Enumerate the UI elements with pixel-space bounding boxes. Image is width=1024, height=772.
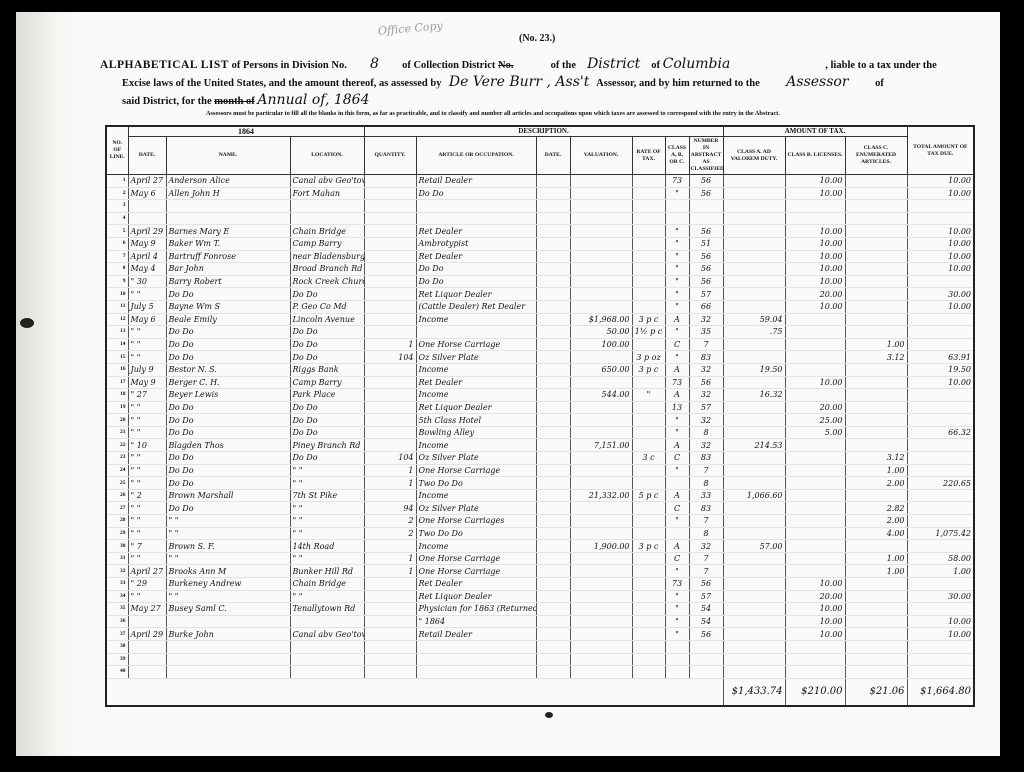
class-a-amount	[723, 250, 785, 263]
quantity: 2	[364, 527, 416, 540]
rate-of-tax	[632, 439, 665, 452]
tax-class: "	[665, 565, 689, 578]
table-row: 35May 27Busey Saml C.Tenallytown RdPhysi…	[106, 603, 974, 616]
valuation	[570, 464, 632, 477]
person-name: Do Do	[166, 288, 290, 301]
total-tax-due: 220.65	[907, 477, 974, 490]
tax-class: "	[665, 426, 689, 439]
rate-of-tax: 3 p oz	[632, 351, 665, 364]
line-number: 11	[106, 300, 128, 313]
entry-date: " "	[128, 326, 166, 339]
collection-district-struck: No.	[498, 60, 548, 71]
tax-class: "	[665, 250, 689, 263]
class-b-amount: 10.00	[785, 275, 845, 288]
entry-date	[128, 666, 166, 679]
total-tax-due: 63.91	[907, 351, 974, 364]
table-row: 12May 6Beale EmilyLincoln AvenueIncome$1…	[106, 313, 974, 326]
tax-class: "	[665, 464, 689, 477]
person-name: " "	[166, 590, 290, 603]
class-a-amount	[723, 338, 785, 351]
table-row: 28" "" "" "2One Horse Carriages"72.00	[106, 515, 974, 528]
total-tax-due	[907, 338, 974, 351]
class-a-amount: 214.53	[723, 439, 785, 452]
rate-of-tax	[632, 628, 665, 641]
description-date	[536, 275, 570, 288]
class-a-amount: 57.00	[723, 540, 785, 553]
rate-of-tax: 5 p c	[632, 489, 665, 502]
total-tax-due	[907, 200, 974, 213]
description-date	[536, 515, 570, 528]
rate-of-tax	[632, 175, 665, 188]
class-a-amount	[723, 263, 785, 276]
article-or-occupation: Ambrotypist	[416, 237, 536, 250]
class-a-amount	[723, 653, 785, 666]
valuation	[570, 527, 632, 540]
person-name	[166, 640, 290, 653]
table-row: 20" "Do DoDo Do5th Class Hotel"3225.00	[106, 414, 974, 427]
table-row: 40	[106, 666, 974, 679]
table-row: 10" "Do DoDo DoRet Liquor Dealer"5720.00…	[106, 288, 974, 301]
class-a-amount	[723, 225, 785, 238]
table-row: 34" "" "" "Ret Liquor Dealer"5720.0030.0…	[106, 590, 974, 603]
col-rate: RATE OF TAX.	[632, 137, 665, 175]
location: Rock Creek Church	[290, 275, 364, 288]
line-number: 9	[106, 275, 128, 288]
header-text: of	[875, 78, 884, 89]
class-b-amount: 10.00	[785, 237, 845, 250]
tax-class	[665, 477, 689, 490]
valuation	[570, 250, 632, 263]
valuation	[570, 200, 632, 213]
form-number: (No. 23.)	[519, 33, 555, 44]
class-c-amount	[845, 578, 907, 591]
valuation	[570, 426, 632, 439]
description-date	[536, 578, 570, 591]
rate-of-tax: 1½ p c	[632, 326, 665, 339]
class-b-amount: 10.00	[785, 628, 845, 641]
valuation: 100.00	[570, 338, 632, 351]
abstract-number: 32	[689, 313, 723, 326]
entry-date: July 9	[128, 363, 166, 376]
class-c-amount: 3.12	[845, 452, 907, 465]
tax-class	[665, 527, 689, 540]
article-or-occupation	[416, 666, 536, 679]
tax-class: "	[665, 326, 689, 339]
group-header-row: NO. OF LINE. 1864 DESCRIPTION. AMOUNT OF…	[106, 126, 974, 137]
description-date	[536, 414, 570, 427]
rate-of-tax: 3 p c	[632, 313, 665, 326]
total-tax-due	[907, 578, 974, 591]
description-date	[536, 187, 570, 200]
quantity: 1	[364, 552, 416, 565]
tax-class: 73	[665, 376, 689, 389]
article-or-occupation: Retail Dealer	[416, 175, 536, 188]
class-c-amount	[845, 363, 907, 376]
class-a-amount	[723, 527, 785, 540]
abstract-number: 54	[689, 603, 723, 616]
class-c-amount: 1.00	[845, 338, 907, 351]
rate-of-tax	[632, 590, 665, 603]
table-row: 31" "" "" "1One Horse CarriageC71.0058.0…	[106, 552, 974, 565]
description-date	[536, 426, 570, 439]
person-name: Brooks Ann M	[166, 565, 290, 578]
abstract-number	[689, 212, 723, 225]
class-b-amount: 5.00	[785, 426, 845, 439]
entry-date: May 6	[128, 313, 166, 326]
person-name	[166, 653, 290, 666]
grand-total: $1,664.80	[907, 678, 974, 706]
total-tax-due: 10.00	[907, 263, 974, 276]
valuation: 650.00	[570, 363, 632, 376]
class-c-amount: 1.00	[845, 552, 907, 565]
entry-date: " "	[128, 590, 166, 603]
class-c-amount	[845, 666, 907, 679]
header-text: of the	[551, 60, 576, 71]
class-b-amount	[785, 666, 845, 679]
quantity	[364, 540, 416, 553]
quantity	[364, 288, 416, 301]
class-b-amount: 10.00	[785, 263, 845, 276]
location: Canal abv Geo'town	[290, 628, 364, 641]
table-row: 3	[106, 200, 974, 213]
class-c-amount	[845, 275, 907, 288]
tax-class: A	[665, 363, 689, 376]
class-b-amount: 10.00	[785, 603, 845, 616]
table-row: 2May 6Allen John HFort MahanDo Do"5610.0…	[106, 187, 974, 200]
class-b-amount	[785, 464, 845, 477]
entry-date: " "	[128, 338, 166, 351]
valuation	[570, 225, 632, 238]
class-a-amount	[723, 175, 785, 188]
entry-date	[128, 615, 166, 628]
table-row: 26" 2Brown Marshall7th St PikeIncome21,3…	[106, 489, 974, 502]
abstract-number: 54	[689, 615, 723, 628]
location: Do Do	[290, 452, 364, 465]
col-class: CLASS A, B, OR C.	[665, 137, 689, 175]
description-date	[536, 527, 570, 540]
quantity	[364, 300, 416, 313]
line-number: 3	[106, 200, 128, 213]
class-c-amount: 1.00	[845, 565, 907, 578]
tax-class: "	[665, 603, 689, 616]
location: Do Do	[290, 426, 364, 439]
article-or-occupation: Income	[416, 313, 536, 326]
abstract-number: 56	[689, 376, 723, 389]
quantity: 1	[364, 464, 416, 477]
entry-date: May 9	[128, 376, 166, 389]
class-b-amount: 10.00	[785, 578, 845, 591]
class-c-amount	[845, 175, 907, 188]
line-number: 31	[106, 552, 128, 565]
division-number: 8	[349, 56, 399, 72]
valuation: $1,968.00	[570, 313, 632, 326]
total-tax-due: 10.00	[907, 376, 974, 389]
person-name: " "	[166, 515, 290, 528]
entry-date: " 10	[128, 439, 166, 452]
valuation	[570, 515, 632, 528]
tax-class: "	[665, 414, 689, 427]
description-date	[536, 288, 570, 301]
class-c-amount	[845, 414, 907, 427]
header-text: said District, for the	[122, 96, 212, 107]
table-row: 6May 9Baker Wm T.Camp BarryAmbrotypist"5…	[106, 237, 974, 250]
person-name: " "	[166, 552, 290, 565]
period: Annual of, 1864	[257, 92, 369, 108]
line-number: 10	[106, 288, 128, 301]
rate-of-tax	[632, 426, 665, 439]
class-c-amount: 4.00	[845, 527, 907, 540]
table-row: 19" "Do DoDo DoRet Liquor Dealer135720.0…	[106, 401, 974, 414]
total-tax-due	[907, 464, 974, 477]
class-b-amount	[785, 389, 845, 402]
entry-date: " "	[128, 401, 166, 414]
class-c-amount	[845, 653, 907, 666]
class-c-amount	[845, 615, 907, 628]
valuation	[570, 653, 632, 666]
total-tax-due	[907, 502, 974, 515]
description-date	[536, 300, 570, 313]
total-class-a: $1,433.74	[723, 678, 785, 706]
tax-class: "	[665, 300, 689, 313]
total-tax-due	[907, 452, 974, 465]
class-a-amount	[723, 464, 785, 477]
abstract-number: 57	[689, 288, 723, 301]
person-name: Allen John H	[166, 187, 290, 200]
line-number: 7	[106, 250, 128, 263]
class-b-amount	[785, 326, 845, 339]
description-date	[536, 225, 570, 238]
group-amount-of-tax: AMOUNT OF TAX.	[723, 126, 907, 137]
location: Fort Mahan	[290, 187, 364, 200]
tax-class: "	[665, 615, 689, 628]
class-c-amount: 2.82	[845, 502, 907, 515]
class-c-amount	[845, 389, 907, 402]
article-or-occupation: Two Do Do	[416, 477, 536, 490]
class-b-amount: 10.00	[785, 187, 845, 200]
location: Do Do	[290, 326, 364, 339]
entry-date: May 27	[128, 603, 166, 616]
entry-date: July 5	[128, 300, 166, 313]
abstract-number: 7	[689, 464, 723, 477]
class-b-amount	[785, 489, 845, 502]
person-name: Do Do	[166, 338, 290, 351]
abstract-number: 7	[689, 552, 723, 565]
state-name: Columbia	[663, 56, 823, 72]
class-c-amount: 2.00	[845, 515, 907, 528]
rate-of-tax	[632, 288, 665, 301]
rate-of-tax	[632, 237, 665, 250]
person-name: " "	[166, 527, 290, 540]
abstract-number	[689, 640, 723, 653]
entry-date: May 6	[128, 187, 166, 200]
class-a-amount: 59.04	[723, 313, 785, 326]
line-number: 21	[106, 426, 128, 439]
abstract-number	[689, 200, 723, 213]
description-date	[536, 313, 570, 326]
rate-of-tax	[632, 552, 665, 565]
line-number: 19	[106, 401, 128, 414]
person-name	[166, 666, 290, 679]
table-row: 23" "Do DoDo Do104Oz Silver Plate3 cC833…	[106, 452, 974, 465]
total-tax-due: 10.00	[907, 187, 974, 200]
valuation: 7,151.00	[570, 439, 632, 452]
table-row: 38	[106, 640, 974, 653]
entry-date: " "	[128, 515, 166, 528]
total-tax-due	[907, 313, 974, 326]
rate-of-tax	[632, 527, 665, 540]
article-or-occupation: Income	[416, 389, 536, 402]
total-tax-due: 10.00	[907, 250, 974, 263]
class-a-amount	[723, 212, 785, 225]
person-name: Do Do	[166, 414, 290, 427]
article-or-occupation	[416, 640, 536, 653]
description-date	[536, 376, 570, 389]
class-b-amount	[785, 565, 845, 578]
abstract-number: 66	[689, 300, 723, 313]
person-name: Beyer Lewis	[166, 389, 290, 402]
abstract-number: 56	[689, 187, 723, 200]
assessment-ledger-table: NO. OF LINE. 1864 DESCRIPTION. AMOUNT OF…	[105, 125, 975, 707]
location: " "	[290, 502, 364, 515]
article-or-occupation: Ret Liquor Dealer	[416, 288, 536, 301]
total-tax-due	[907, 439, 974, 452]
class-a-amount: 19.50	[723, 363, 785, 376]
class-a-amount	[723, 565, 785, 578]
total-tax-due	[907, 326, 974, 339]
article-or-occupation: Ret Dealer	[416, 578, 536, 591]
location: P. Geo Co Md	[290, 300, 364, 313]
tax-class: "	[665, 288, 689, 301]
tax-class: A	[665, 439, 689, 452]
abstract-number	[689, 653, 723, 666]
header-text: of	[651, 60, 660, 71]
quantity	[364, 666, 416, 679]
total-tax-due	[907, 389, 974, 402]
abstract-number: 7	[689, 515, 723, 528]
abstract-number: 7	[689, 565, 723, 578]
location	[290, 640, 364, 653]
person-name: Burkeney Andrew	[166, 578, 290, 591]
entry-date: " "	[128, 464, 166, 477]
quantity	[364, 363, 416, 376]
valuation	[570, 640, 632, 653]
class-a-amount	[723, 477, 785, 490]
entry-date: April 27	[128, 565, 166, 578]
article-or-occupation: Income	[416, 363, 536, 376]
tax-class: 13	[665, 401, 689, 414]
description-date	[536, 640, 570, 653]
tax-class: A	[665, 313, 689, 326]
abstract-number: 56	[689, 263, 723, 276]
class-a-amount: 16.32	[723, 389, 785, 402]
entry-date: April 27	[128, 175, 166, 188]
class-b-amount	[785, 351, 845, 364]
line-number: 13	[106, 326, 128, 339]
table-row: 30" 7Brown S. F.14th RoadIncome1,900.003…	[106, 540, 974, 553]
class-c-amount	[845, 250, 907, 263]
description-date	[536, 540, 570, 553]
article-or-occupation: Do Do	[416, 263, 536, 276]
rate-of-tax	[632, 464, 665, 477]
class-b-amount	[785, 200, 845, 213]
description-date	[536, 653, 570, 666]
class-a-amount	[723, 628, 785, 641]
quantity: 2	[364, 515, 416, 528]
class-c-amount	[845, 212, 907, 225]
tax-class	[665, 212, 689, 225]
class-b-amount	[785, 338, 845, 351]
valuation	[570, 237, 632, 250]
location: " "	[290, 464, 364, 477]
class-b-amount: 25.00	[785, 414, 845, 427]
col-date: DATE.	[128, 137, 166, 175]
tax-class: "	[665, 590, 689, 603]
article-or-occupation: One Horse Carriage	[416, 338, 536, 351]
tax-class: C	[665, 552, 689, 565]
description-date	[536, 338, 570, 351]
location: Park Place	[290, 389, 364, 402]
class-a-amount	[723, 590, 785, 603]
class-a-amount	[723, 552, 785, 565]
col-abstract-no: NUMBER IN ABSTRACT AS CLASSIFIED	[689, 137, 723, 175]
quantity	[364, 615, 416, 628]
location: " "	[290, 515, 364, 528]
person-name: Do Do	[166, 502, 290, 515]
valuation	[570, 552, 632, 565]
rate-of-tax	[632, 666, 665, 679]
rate-of-tax	[632, 640, 665, 653]
tax-class: A	[665, 540, 689, 553]
class-b-amount: 20.00	[785, 401, 845, 414]
line-number: 35	[106, 603, 128, 616]
quantity	[364, 603, 416, 616]
quantity	[364, 401, 416, 414]
line-number: 23	[106, 452, 128, 465]
tax-class: C	[665, 338, 689, 351]
description-date	[536, 200, 570, 213]
class-b-amount: 10.00	[785, 175, 845, 188]
abstract-number: 56	[689, 628, 723, 641]
class-a-amount	[723, 187, 785, 200]
col-class-a: CLASS A. AD VALOREM DUTY.	[723, 137, 785, 175]
abstract-number: 8	[689, 477, 723, 490]
entry-date: " 7	[128, 540, 166, 553]
article-or-occupation: Retail Dealer	[416, 628, 536, 641]
tax-class: A	[665, 389, 689, 402]
line-number: 38	[106, 640, 128, 653]
class-b-amount: 10.00	[785, 250, 845, 263]
total-tax-due	[907, 653, 974, 666]
person-name: Bayne Wm S	[166, 300, 290, 313]
rate-of-tax	[632, 615, 665, 628]
class-c-amount	[845, 489, 907, 502]
class-a-amount	[723, 502, 785, 515]
person-name: Burke John	[166, 628, 290, 641]
tax-class: A	[665, 489, 689, 502]
class-c-amount: 1.00	[845, 464, 907, 477]
line-number: 37	[106, 628, 128, 641]
quantity: 104	[364, 351, 416, 364]
location	[290, 615, 364, 628]
rate-of-tax	[632, 653, 665, 666]
location: Do Do	[290, 288, 364, 301]
group-year: 1864	[128, 126, 364, 137]
line-number: 32	[106, 565, 128, 578]
entry-date: " 30	[128, 275, 166, 288]
line-number: 15	[106, 351, 128, 364]
entry-date: April 29	[128, 225, 166, 238]
class-c-amount: 3.12	[845, 351, 907, 364]
